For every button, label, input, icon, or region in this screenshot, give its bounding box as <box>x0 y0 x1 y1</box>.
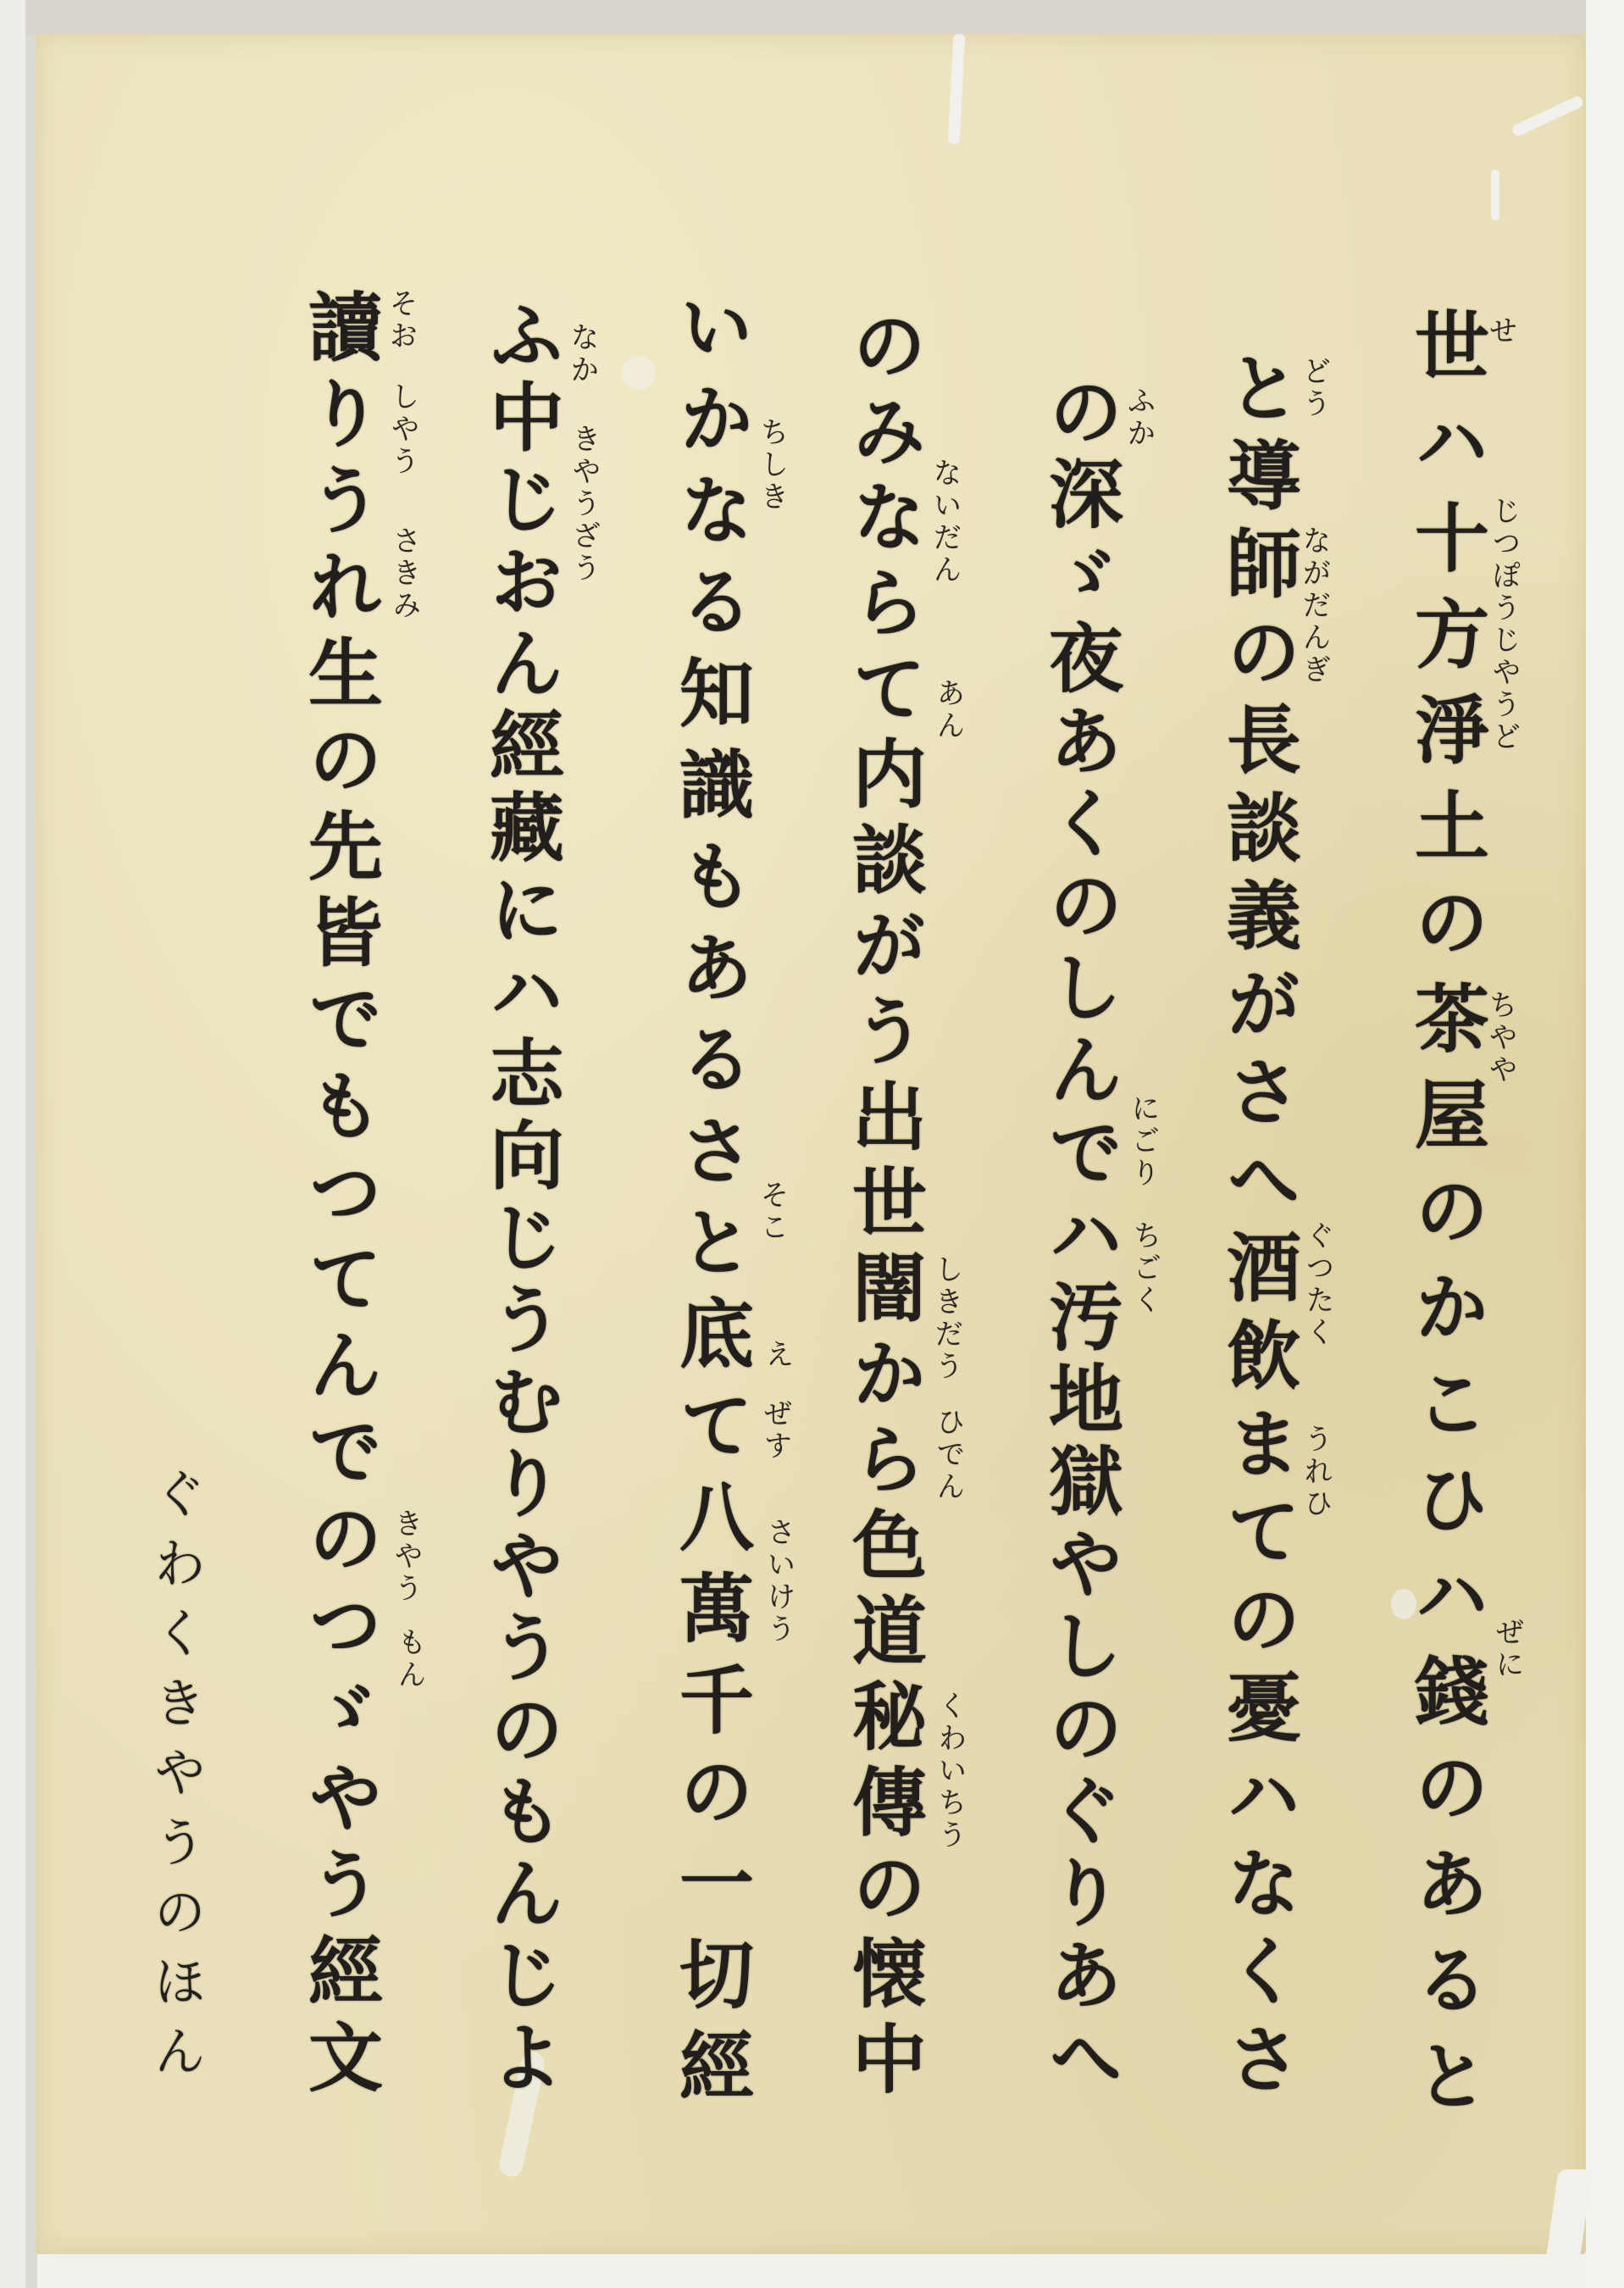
text-column-1: 世ハ十方淨土の茶屋のかこひハ錢のあると <box>1400 307 1484 2112</box>
furigana: ないだん <box>930 458 959 586</box>
furigana: そこ <box>757 1180 786 1244</box>
furigana: ちごく <box>1130 1220 1159 1317</box>
furigana: ぜに <box>1493 1617 1521 1681</box>
text-column-4: のみならて内談がう出世闇から色道秘傳の懐中 <box>837 307 922 2095</box>
text-column-5: いかなる知識もあるさと底て八萬千の一切經 <box>664 288 749 2102</box>
scanner-bed-right <box>1586 0 1624 2288</box>
furigana: じつぽうじやうど <box>1489 496 1518 753</box>
furigana: うれひ <box>1301 1424 1330 1520</box>
furigana: さきみ <box>390 525 418 622</box>
furigana: ちしき <box>757 417 786 514</box>
text-column-7: 讀りうれ生の先皆でもつてんでのつゞやう經文 <box>293 288 378 2093</box>
paper-tear <box>1545 2169 1592 2263</box>
document-page: 世ハ十方淨土の茶屋のかこひハ錢のあると せ じつぽうじやうど ちやや ぜに と導… <box>36 34 1586 2254</box>
furigana: あん <box>934 678 962 742</box>
furigana: ぜす <box>761 1398 790 1463</box>
furigana: しきだう <box>932 1254 961 1383</box>
scanner-bed-top <box>25 0 1588 36</box>
furigana: なか <box>568 322 596 386</box>
furigana: さいけう <box>764 1517 793 1646</box>
colophon-title: ぐわくきやうのほん <box>142 1466 202 2076</box>
paper-tear <box>948 34 966 145</box>
text-column-3: の深ゞ夜あくのしんでハ汚地獄やしのぐりあへ <box>1034 373 1118 2093</box>
paper-stain <box>622 356 656 390</box>
furigana: しやう <box>388 381 417 478</box>
furigana: もん <box>395 1627 424 1691</box>
paper-tear <box>1510 95 1584 138</box>
furigana: せ <box>1486 315 1515 347</box>
furigana: ひでん <box>934 1407 962 1503</box>
furigana: にごり <box>1128 1093 1157 1190</box>
furigana: ぐつたく <box>1303 1220 1332 1349</box>
furigana: どう <box>1300 356 1328 420</box>
furigana: え <box>762 1339 791 1371</box>
furigana: そお <box>386 288 415 353</box>
text-column-6: ふ中じおん經藏にハ志向じうむりやうのもんじよ <box>474 297 559 2093</box>
text-column-2: と導師の長談義がさへ酒飲まての憂ハなくさ <box>1211 349 1296 2095</box>
furigana: きやうざう <box>569 424 598 585</box>
furigana: ちやや <box>1486 990 1515 1086</box>
paper-tear <box>1491 169 1499 220</box>
furigana: きやう <box>391 1508 420 1605</box>
furigana: ながだんぎ <box>1300 525 1328 686</box>
scanner-bed-left <box>0 0 25 2288</box>
furigana: ふか <box>1124 386 1153 450</box>
furigana: くわいちう <box>935 1691 964 1852</box>
